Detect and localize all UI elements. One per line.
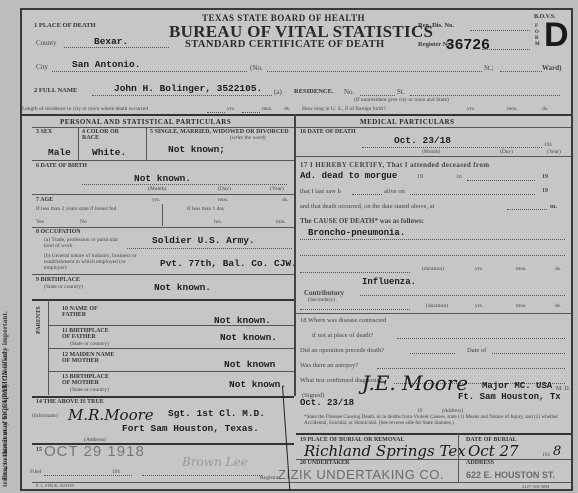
father-birthplace-value: Not known. bbox=[220, 332, 277, 343]
occupation-a-label: (a) Trade, profession or particular kind… bbox=[44, 237, 124, 249]
occupation-b-value: Pvt. 77th, Bal. Co. CJW. bbox=[160, 258, 297, 269]
filed-line bbox=[44, 475, 132, 476]
marital-value: Not known; bbox=[168, 144, 225, 155]
undertaker-value: ZIZIK UNDERTAKING CO. bbox=[278, 467, 444, 482]
city-label: City bbox=[36, 63, 48, 71]
dod-year-label: (Year) bbox=[547, 149, 561, 155]
contributory-line bbox=[360, 295, 565, 296]
contrib-duration-label: (duration) bbox=[426, 303, 448, 309]
age-breastfed-label: If less than 2 years state if breast fed bbox=[36, 206, 116, 212]
dob-month-label: (Month) bbox=[148, 186, 166, 192]
informant-address: Fort Sam Houston, Texas. bbox=[122, 423, 259, 434]
informant-signature: M.R.Moore bbox=[68, 406, 154, 424]
mother-birthplace-value: Not known. bbox=[229, 379, 286, 390]
city-no-line bbox=[267, 71, 482, 72]
mother-name-value: Not known bbox=[224, 359, 275, 370]
length-mos: mos. bbox=[262, 106, 273, 112]
cause-label: The CAUSE OF DEATH* was as follows: bbox=[300, 217, 424, 225]
full-name-a-label: (a) bbox=[274, 88, 282, 96]
age-divider bbox=[162, 204, 163, 226]
foreign-mos: mos. bbox=[507, 106, 518, 112]
city-st-label: St.; bbox=[484, 64, 494, 72]
certify-text: 17 I HEREBY CERTIFY, That I attended dec… bbox=[300, 161, 490, 169]
age-less1day-label: If less than 1 day bbox=[187, 206, 225, 212]
last-saw-line bbox=[352, 194, 382, 195]
row-rule-3 bbox=[32, 227, 294, 228]
age-label: 7 AGE bbox=[36, 197, 53, 203]
form-label: FORM bbox=[535, 24, 540, 48]
contributory-label: Contributory bbox=[304, 289, 344, 297]
form-letter: D bbox=[544, 16, 569, 55]
contrib-mos: mos. bbox=[516, 303, 527, 309]
age-no: No bbox=[80, 219, 87, 225]
residence-label: RESIDENCE. bbox=[294, 88, 334, 95]
parents-rule-2 bbox=[48, 348, 294, 349]
county-value: Bexar. bbox=[94, 36, 128, 47]
length-ds: ds. bbox=[284, 106, 290, 112]
cause-line-2 bbox=[300, 255, 565, 256]
sex-divider bbox=[78, 127, 79, 160]
place-of-death-label: 1 PLACE OF DEATH bbox=[34, 22, 96, 29]
full-name-label: 2 FULL NAME bbox=[34, 87, 77, 94]
margin-instruction: Exact statement of OCCUPATION is very im… bbox=[2, 10, 16, 490]
occurred-line bbox=[507, 209, 547, 210]
margin-note-line2: terms, so that it may be properly classi… bbox=[2, 17, 9, 487]
residence-st-line bbox=[410, 95, 560, 96]
last-saw-label: that I last saw h bbox=[300, 188, 341, 195]
alive-on-label: alive on bbox=[384, 188, 405, 195]
city-no-label: (No. bbox=[250, 64, 263, 72]
informant-section-label: 14 THE ABOVE IS TRUE bbox=[36, 399, 104, 405]
operation-label: Did an operation precede death? bbox=[300, 347, 384, 354]
cause-value: Broncho-pneumonia. bbox=[308, 228, 405, 238]
dob-label: 6 DATE OF BIRTH bbox=[36, 163, 87, 169]
occurred-text: and that death occurred, on the date sta… bbox=[300, 203, 434, 210]
father-birthplace-label: 11 BIRTHPLACE OF FATHER bbox=[62, 328, 117, 340]
occurred-m-label: m. bbox=[550, 203, 557, 210]
residence-no-label: No. bbox=[344, 88, 354, 96]
filed-number: 15 bbox=[36, 447, 42, 453]
residence-st-label: St. bbox=[397, 88, 405, 96]
foreign-birth-label: How long in U. S., if of foreign birth? bbox=[302, 106, 386, 112]
footer-rule bbox=[32, 482, 571, 483]
burial-place-value: Richland Springs Tex bbox=[304, 442, 466, 460]
personal-section-title: PERSONAL AND STATISTICAL PARTICULARS bbox=[60, 118, 231, 126]
attended-19: 19 bbox=[417, 174, 423, 180]
full-name-line bbox=[92, 95, 272, 96]
register-number: 36726 bbox=[446, 36, 490, 53]
autopsy-line bbox=[377, 368, 565, 369]
birthplace-note: (State or country) bbox=[44, 284, 83, 290]
age-yes: Yes bbox=[36, 219, 44, 225]
contrib-duration-line bbox=[300, 309, 410, 310]
death-certificate: 1 PLACE OF DEATH TEXAS STATE BOARD OF HE… bbox=[20, 8, 573, 491]
date-of-label: Date of bbox=[467, 347, 486, 354]
burial-divider bbox=[458, 434, 459, 482]
parents-rule-3 bbox=[48, 371, 294, 372]
duration-label: (duration) bbox=[422, 266, 444, 272]
age-yrs: yrs. bbox=[152, 197, 160, 203]
physician-title: Major MC. USA bbox=[482, 381, 552, 391]
parents-rule-1 bbox=[48, 325, 294, 326]
full-name-value: John H. Bolinger, 3522105. bbox=[114, 83, 262, 94]
dob-value: Not known. bbox=[134, 173, 191, 184]
row-rule-1 bbox=[32, 160, 294, 161]
informant-label: (Informant) bbox=[32, 413, 58, 419]
foreign-ds: ds. bbox=[542, 106, 548, 112]
signed-date: Oct. 23/18 bbox=[300, 398, 354, 408]
cause-footnote: *State the Disease Causing Death, or in … bbox=[304, 415, 566, 426]
duration-mos: mos. bbox=[516, 266, 527, 272]
dod-line bbox=[362, 147, 542, 148]
marital-note: (write the word) bbox=[230, 135, 266, 141]
burial-year-suffix: 8 bbox=[553, 444, 561, 459]
printer-imprint: E. L. STECK, AUSTIN bbox=[36, 483, 74, 488]
undertaker-label: 20 UNDERTAKER bbox=[300, 460, 350, 466]
medical-section-title: MEDICAL PARTICULARS bbox=[360, 118, 455, 126]
length-mos-line bbox=[242, 112, 260, 113]
mother-birthplace-label: 13 BIRTHPLACE OF MOTHER bbox=[62, 374, 117, 386]
alive-on-line bbox=[410, 194, 535, 195]
header-divider bbox=[22, 114, 571, 116]
physician-location: Ft. Sam Houston, Tx bbox=[458, 392, 561, 402]
burial-date-value: Oct 27 bbox=[468, 442, 519, 460]
attended-value: Ad. dead to morgue bbox=[300, 171, 397, 181]
row-rule-5 bbox=[32, 299, 294, 301]
color-divider bbox=[146, 127, 147, 160]
dod-day-label: (Day) bbox=[500, 149, 513, 155]
age-min: min. bbox=[276, 219, 286, 225]
date-of-line bbox=[492, 353, 565, 354]
contributory-value: Influenza. bbox=[362, 277, 416, 287]
registrar-signature: Brown Lee bbox=[182, 455, 248, 469]
attended-to-label: to bbox=[457, 174, 462, 180]
foreign-yrs: yrs. bbox=[467, 106, 475, 112]
dob-day-label: (Day) bbox=[218, 186, 231, 192]
row-rule-4 bbox=[32, 274, 294, 275]
marital-label: 5 SINGLE, MARRIED, WIDOWED OR DIVORCED bbox=[150, 129, 290, 135]
mother-birthplace-note: (State or country) bbox=[70, 387, 109, 393]
occupation-a-line bbox=[127, 248, 292, 249]
personal-title-rule bbox=[32, 127, 294, 128]
duration-ds: ds. bbox=[555, 266, 561, 272]
contrib-ds: ds. bbox=[555, 303, 561, 309]
ward-label: Ward) bbox=[542, 64, 561, 72]
undertaker-address-label: ADDRESS bbox=[466, 460, 494, 466]
medical-rule-1 bbox=[296, 156, 571, 157]
dod-year-prefix: 191 bbox=[544, 142, 552, 148]
residence-note: (If nonresident give city or town and St… bbox=[354, 97, 449, 103]
county-label: County bbox=[36, 39, 57, 47]
sex-label: 3 SEX bbox=[36, 129, 52, 135]
filed-date-stamp: OCT 29 1918 bbox=[44, 443, 145, 460]
color-value: White. bbox=[92, 147, 126, 158]
alive-on-19: 19 bbox=[542, 188, 548, 194]
birthplace-label: 9 BIRTHPLACE bbox=[36, 277, 80, 283]
father-name-label: 10 NAME OF FATHER bbox=[62, 306, 112, 318]
birthplace-value: Not known. bbox=[154, 282, 211, 293]
duration-line bbox=[300, 272, 410, 273]
contracted-line bbox=[397, 338, 565, 339]
age-mos: mos. bbox=[218, 197, 229, 203]
age-ds: ds. bbox=[282, 197, 288, 203]
contracted-label: 18 Where was disease contracted bbox=[300, 317, 386, 324]
father-birthplace-note: (State or country) bbox=[70, 341, 109, 347]
occupation-b-label: (b) General nature of industry, business… bbox=[44, 253, 139, 271]
secondary-label: (Secondary) bbox=[308, 297, 335, 303]
medical-rule-2 bbox=[296, 313, 571, 314]
undertaker-address-value: 622 E. HOUSTON ST. bbox=[466, 470, 555, 480]
mother-name-label: 12 MAIDEN NAME OF MOTHER bbox=[62, 352, 122, 364]
age-hrs: hrs. bbox=[214, 219, 222, 225]
physician-signature: J.E. Moore bbox=[362, 371, 468, 395]
reg-dis-line bbox=[470, 30, 530, 31]
dod-value: Oct. 23/18 bbox=[394, 135, 451, 146]
dod-label: 16 DATE OF DEATH bbox=[300, 129, 356, 135]
cause-line-1 bbox=[300, 239, 565, 240]
medical-bottom-rule bbox=[296, 433, 571, 435]
contracted-sub: if not at place of death? bbox=[312, 332, 373, 339]
attended-to-line bbox=[467, 180, 535, 181]
length-yrs-line bbox=[207, 112, 225, 113]
attended-19b: 19 bbox=[542, 174, 548, 180]
sex-value: Male bbox=[48, 147, 71, 158]
filed-label: Filed bbox=[30, 469, 41, 475]
certificate-title: STANDARD CERTIFICATE OF DEATH bbox=[185, 39, 385, 50]
dod-month-label: (Month) bbox=[422, 149, 440, 155]
length-residence-label: Length of residence in city or town wher… bbox=[22, 106, 148, 112]
reg-dis-label: Reg. Dis. No. bbox=[418, 22, 454, 29]
informant-title: Sgt. 1st Cl. M.D. bbox=[168, 408, 265, 419]
dob-line bbox=[82, 184, 287, 185]
register-line bbox=[482, 49, 530, 50]
burial-year-prefix: 191 bbox=[542, 452, 550, 458]
occupation-a-value: Soldier U.S. Army. bbox=[152, 235, 255, 246]
duration-yrs: yrs. bbox=[475, 266, 483, 272]
city-line bbox=[52, 71, 247, 72]
filed-year-prefix: 191 bbox=[112, 469, 120, 475]
autopsy-label: Was there an autopsy? bbox=[300, 362, 358, 369]
parents-label: PARENTS bbox=[36, 306, 42, 334]
color-label: 4 COLOR OR RACE bbox=[82, 129, 122, 141]
length-yrs: yrs. bbox=[227, 106, 235, 112]
residence-no-line bbox=[360, 95, 395, 96]
registrar-line bbox=[142, 475, 262, 476]
city-value: San Antonio. bbox=[72, 59, 140, 70]
dob-year-label: (Year) bbox=[270, 186, 284, 192]
row-rule-2 bbox=[32, 194, 294, 195]
ward-line bbox=[500, 71, 542, 72]
parents-bottom-rule bbox=[32, 396, 294, 398]
form-code: 2127-318-50M bbox=[522, 484, 549, 489]
contrib-yrs: yrs. bbox=[475, 303, 483, 309]
operation-line bbox=[410, 353, 455, 354]
medical-title-rule bbox=[296, 127, 571, 128]
county-line bbox=[64, 47, 169, 48]
occupation-label: 8 OCCUPATION bbox=[36, 229, 81, 235]
